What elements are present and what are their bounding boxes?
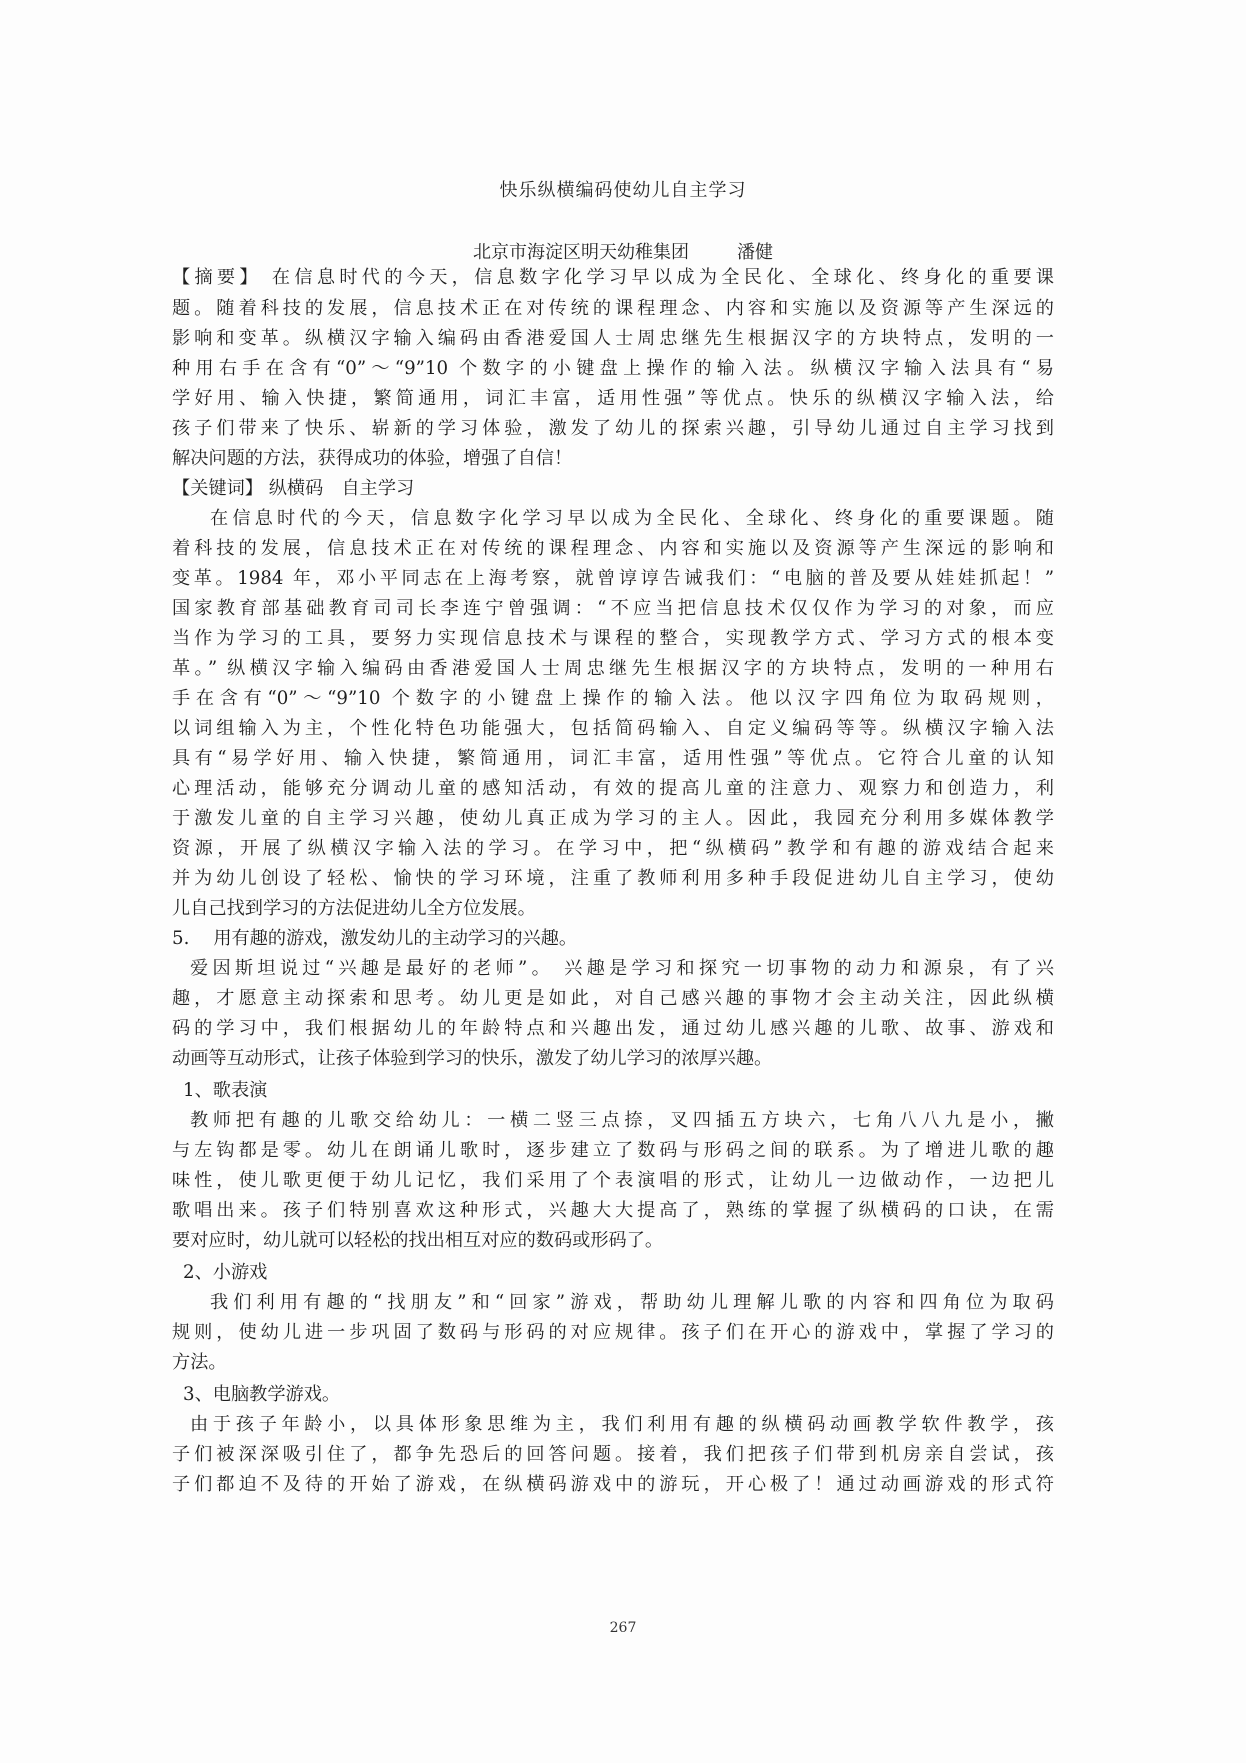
text-line: 题。随着科技的发展，信息技术正在对传统的课程理念、内容和实施以及资源等产生深远的	[172, 298, 1054, 320]
text-line: 心理活动，能够充分调动儿童的感知活动，有效的提高儿童的注意力、观察力和创造力，利	[172, 778, 1054, 800]
text-line: 资源，开展了纵横汉字输入法的学习。在学习中，把“纵横码”教学和有趣的游戏结合起来	[172, 838, 1054, 860]
text-line: 国家教育部基础教育司司长李连宁曾强调：“不应当把信息技术仅仅作为学习的对象，而应	[172, 598, 1054, 620]
text-line: 当作为学习的工具，要努力实现信息技术与课程的整合，实现教学方式、学习方式的根本变	[172, 628, 1054, 650]
text-line: 1、歌表演	[183, 1080, 1054, 1102]
text-line: 歌唱出来。孩子们特别喜欢这种形式，兴趣大大提高了，熟练的掌握了纵横码的口诀，在需	[172, 1200, 1054, 1222]
text-line: 5. 用有趣的游戏，激发幼儿的主动学习的兴趣。	[172, 928, 1054, 950]
author-line: 北京市海淀区明天幼稚集团潘健	[0, 238, 1246, 264]
text-line: 于激发儿童的自主学习兴趣，使幼儿真正成为学习的主人。因此，我园充分利用多媒体教学	[172, 808, 1054, 830]
text-line: 以词组输入为主，个性化特色功能强大，包括简码输入、自定义编码等等。纵横汉字输入法	[172, 718, 1054, 740]
text-line: 趣，才愿意主动探索和思考。幼儿更是如此，对自己感兴趣的事物才会主动关注，因此纵横	[172, 988, 1054, 1010]
text-line: 码的学习中，我们根据幼儿的年龄特点和兴趣出发，通过幼儿感兴趣的儿歌、故事、游戏和	[172, 1018, 1054, 1040]
text-line: 解决问题的方法，获得成功的体验，增强了自信！	[172, 448, 1054, 470]
text-line: 孩子们带来了快乐、崭新的学习体验，激发了幼儿的探索兴趣，引导幼儿通过自主学习找到	[172, 418, 1054, 440]
text-line: 爱因斯坦说过“兴趣是最好的老师”。 兴趣是学习和探究一切事物的动力和源泉，有了兴	[190, 958, 1054, 980]
text-line: 学好用、输入快捷，繁简通用，词汇丰富，适用性强”等优点。快乐的纵横汉字输入法，给	[172, 388, 1054, 410]
text-line: 【摘要】 在信息时代的今天，信息数字化学习早以成为全民化、全球化、终身化的重要课	[172, 267, 1054, 289]
text-line: 【关键词】 纵横码 自主学习	[172, 478, 1054, 500]
text-line: 革。” 纵横汉字输入编码由香港爱国人士周忠继先生根据汉字的方块特点，发明的一种用…	[172, 658, 1054, 680]
text-line: 3、电脑教学游戏。	[183, 1384, 1054, 1406]
text-line: 味性，使儿歌更便于幼儿记忆，我们采用了个表演唱的形式，让幼儿一边做动作，一边把儿	[172, 1170, 1054, 1192]
text-line: 手在含有“0”～“9”10 个数字的小键盘上操作的输入法。他以汉字四角位为取码规…	[172, 688, 1054, 710]
text-line: 与左钩都是零。幼儿在朗诵儿歌时，逐步建立了数码与形码之间的联系。为了增进儿歌的趣	[172, 1140, 1054, 1162]
text-line: 要对应时，幼儿就可以轻松的找出相互对应的数码或形码了。	[172, 1230, 1054, 1252]
document-page: 快乐纵横编码使幼儿自主学习 北京市海淀区明天幼稚集团潘健 【摘要】 在信息时代的…	[0, 0, 1246, 1763]
text-line: 2、小游戏	[183, 1262, 1054, 1284]
text-line: 影响和变革。纵横汉字输入编码由香港爱国人士周忠继先生根据汉字的方块特点，发明的一	[172, 328, 1054, 350]
text-line: 由于孩子年龄小，以具体形象思维为主，我们利用有趣的纵横码动画教学软件教学，孩	[190, 1414, 1054, 1436]
author-name: 潘健	[737, 242, 773, 263]
text-line: 规则，使幼儿进一步巩固了数码与形码的对应规律。孩子们在开心的游戏中，掌握了学习的	[172, 1322, 1054, 1344]
text-line: 并为幼儿创设了轻松、愉快的学习环境，注重了教师利用多种手段促进幼儿自主学习，使幼	[172, 868, 1054, 890]
text-line: 着科技的发展，信息技术正在对传统的课程理念、内容和实施以及资源等产生深远的影响和	[172, 538, 1054, 560]
text-line: 动画等互动形式，让孩子体验到学习的快乐，激发了幼儿学习的浓厚兴趣。	[172, 1048, 1054, 1070]
text-line: 儿自己找到学习的方法促进幼儿全方位发展。	[172, 898, 1054, 920]
text-line: 变革。1984 年，邓小平同志在上海考察，就曾谆谆告诫我们：“电脑的普及要从娃娃…	[172, 568, 1054, 590]
author-organization: 北京市海淀区明天幼稚集团	[473, 242, 689, 263]
text-line: 方法。	[172, 1352, 1054, 1374]
text-line: 种用右手在含有“0”～“9”10 个数字的小键盘上操作的输入法。纵横汉字输入法具…	[172, 358, 1054, 380]
text-line: 我们利用有趣的“找朋友”和“回家”游戏，帮助幼儿理解儿歌的内容和四角位为取码	[210, 1292, 1054, 1314]
text-line: 教师把有趣的儿歌交给幼儿：一横二竖三点捺，叉四插五方块六，七角八八九是小，撇	[190, 1110, 1054, 1132]
text-line: 子们都迫不及待的开始了游戏，在纵横码游戏中的游玩，开心极了！通过动画游戏的形式符	[172, 1474, 1054, 1496]
document-title: 快乐纵横编码使幼儿自主学习	[0, 176, 1246, 202]
text-line: 子们被深深吸引住了，都争先恐后的回答问题。接着，我们把孩子们带到机房亲自尝试，孩	[172, 1444, 1054, 1466]
page-number: 267	[0, 1620, 1246, 1636]
text-line: 在信息时代的今天，信息数字化学习早以成为全民化、全球化、终身化的重要课题。随	[210, 508, 1054, 530]
text-line: 具有“易学好用、输入快捷，繁简通用，词汇丰富，适用性强”等优点。它符合儿童的认知	[172, 748, 1054, 770]
